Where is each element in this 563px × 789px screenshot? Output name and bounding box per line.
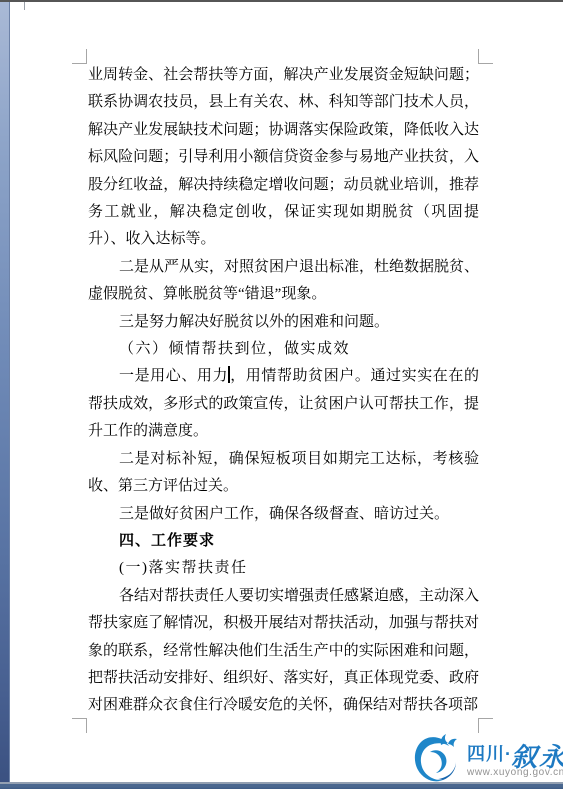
- margin-mark-top-left: [72, 49, 87, 64]
- paragraph[interactable]: 三是努力解决好脱贫以外的困难和问题。: [88, 309, 479, 336]
- paragraph[interactable]: 四、工作要求: [88, 528, 479, 555]
- logo-region-label: 四川: [467, 744, 505, 764]
- ruler-tick: [24, 2, 25, 10]
- text-run: (一)落实帮扶责任: [119, 560, 248, 576]
- document-window: 业周转金、社会帮扶等方面，解决产业发展资金短缺问题；联系协调农技员，县上有关农、…: [0, 0, 563, 789]
- paragraph[interactable]: 一是用心、用力，用情帮助贫困户。通过实实在在的帮扶成效，多形式的政策宣传，让贫困…: [88, 363, 479, 445]
- paragraph[interactable]: 三是做好贫困户工作，确保各级督查、暗访过关。: [88, 501, 479, 528]
- paragraph[interactable]: （六）倾情帮扶到位，做实成效: [88, 336, 479, 363]
- window-top-border: [0, 0, 563, 2]
- paragraph[interactable]: 二是从严从实，对照贫困户退出标准，杜绝数据脱贫、虚假脱贫、算帐脱贫等“错退”现象…: [88, 254, 479, 309]
- text-run: 三是努力解决好脱贫以外的困难和问题。: [119, 314, 389, 330]
- text-run: 业周转金、社会帮扶等方面，解决产业发展资金短缺问题；联系协调农技员，县上有关农、…: [88, 67, 479, 247]
- text-run: 四、工作要求: [119, 533, 215, 549]
- page-edge-gradient: [0, 2, 10, 789]
- text-run: 二是从严从实，对照贫困户退出标准，杜绝数据脱贫、虚假脱贫、算帐脱贫等“错退”现象…: [88, 259, 479, 302]
- paragraph[interactable]: 二是对标补短，确保短板项目如期完工达标，考核验收、第三方评估过关。: [88, 446, 479, 501]
- paragraph[interactable]: 各结对帮扶责任人要切实增强责任感紧迫感，主动深入帮扶家庭了解情况，积极开展结对帮…: [88, 583, 479, 720]
- text-run: 三是做好贫困户工作，确保各级督查、暗访过关。: [119, 506, 449, 522]
- margin-mark-top-right: [478, 49, 493, 64]
- text-run: （六）倾情帮扶到位，做实成效: [119, 341, 350, 357]
- paragraph[interactable]: 业周转金、社会帮扶等方面，解决产业发展资金短缺问题；联系协调农技员，县上有关农、…: [88, 62, 479, 254]
- paragraph[interactable]: (一)落实帮扶责任: [88, 555, 479, 582]
- bottom-accent-bar: [0, 782, 563, 789]
- text-run: 二是对标补短，确保短板项目如期完工达标，考核验收、第三方评估过关。: [88, 451, 479, 494]
- logo-url: www.xuyong.gov.cn: [467, 767, 563, 778]
- text-block[interactable]: 业周转金、社会帮扶等方面，解决产业发展资金短缺问题；联系协调农技员，县上有关农、…: [88, 62, 479, 720]
- phoenix-swirl-icon: [413, 733, 459, 783]
- site-watermark: 四川·叙永 www.xuyong.gov.cn: [413, 731, 551, 783]
- text-run: 一是用心、用力: [119, 368, 228, 384]
- text-run: 各结对帮扶责任人要切实增强责任感紧迫感，主动深入帮扶家庭了解情况，积极开展结对帮…: [88, 588, 479, 714]
- margin-mark-bottom-left: [72, 718, 87, 733]
